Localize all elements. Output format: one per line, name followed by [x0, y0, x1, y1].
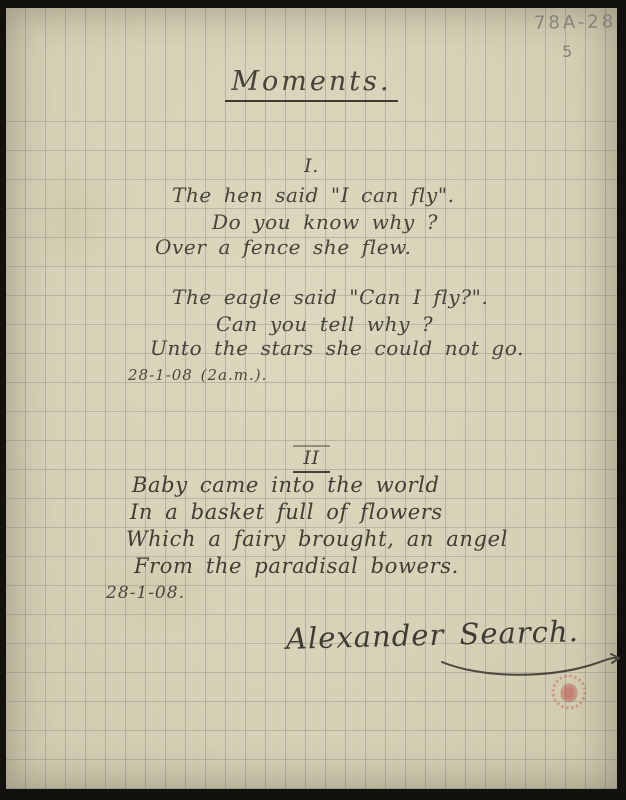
- poem-title: Moments.: [6, 66, 617, 97]
- section-1-heading-text: I.: [294, 155, 329, 179]
- poem-line: Which a fairy brought, an angel: [126, 527, 508, 551]
- signature-flourish: [440, 648, 622, 684]
- poem-line: Can you tell why ?: [216, 312, 433, 336]
- scanned-photo-backdrop: 78A-28 5 Moments. I. The hen said "I can…: [0, 0, 626, 800]
- manuscript-page: 78A-28 5 Moments. I. The hen said "I can…: [6, 8, 617, 789]
- library-stamp-icon: [549, 672, 589, 712]
- section-1-heading: I.: [6, 155, 617, 179]
- page-number: 5: [562, 42, 572, 61]
- section-2-heading: II: [6, 445, 617, 473]
- poem-line: From the paradisal bowers.: [134, 554, 459, 578]
- poem-line: The eagle said "Can I fly?".: [172, 285, 488, 309]
- poem-line: Baby came into the world: [132, 473, 440, 497]
- date-note-1: 28-1-08 (2a.m.).: [128, 366, 267, 384]
- poem-line: Over a fence she flew.: [155, 235, 412, 259]
- poem-line: In a basket full of flowers: [130, 500, 443, 524]
- poem-line: The hen said "I can fly".: [172, 183, 455, 207]
- poem-line: Do you know why ?: [212, 210, 438, 234]
- section-2-heading-text: II: [293, 445, 329, 473]
- date-note-2: 28-1-08.: [106, 583, 185, 603]
- catalog-number: 78A-28: [534, 11, 617, 33]
- poem-title-text: Moments.: [225, 66, 397, 102]
- poem-line: Unto the stars she could not go.: [150, 336, 524, 360]
